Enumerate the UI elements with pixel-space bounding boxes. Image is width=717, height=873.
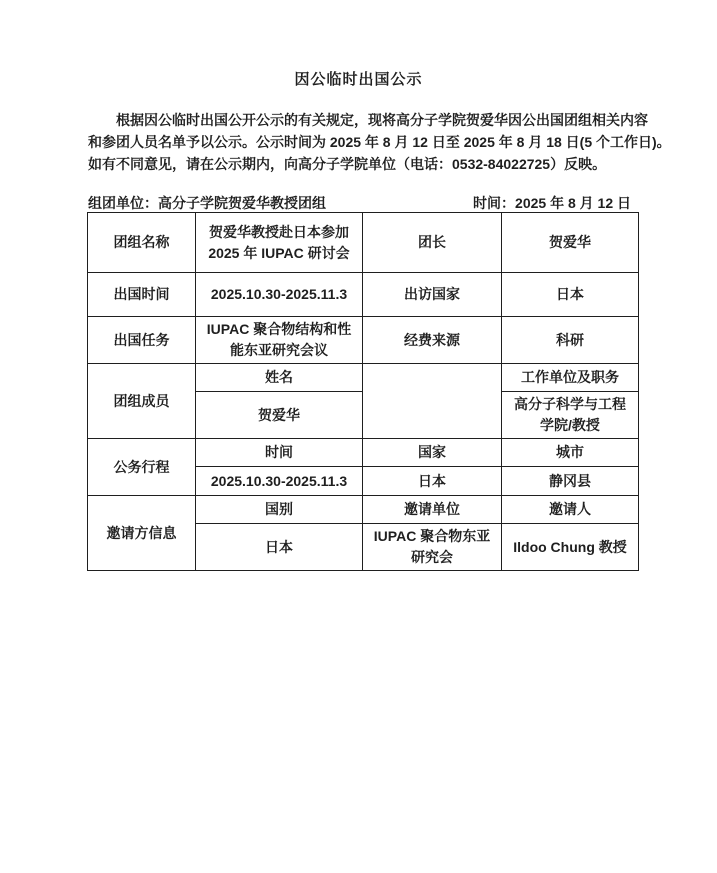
cell-itinerary-city-header: 城市: [502, 439, 639, 467]
notice-date-label: 时间：2025 年 8 月 12 日: [473, 193, 637, 213]
table-row: 公务行程 时间 国家 城市: [88, 439, 639, 467]
cell-members-work-header: 工作单位及职务: [502, 364, 639, 392]
cell-leader-value: 贺爱华: [502, 213, 639, 273]
cell-inviter-country-header: 国别: [196, 496, 363, 524]
cell-inviter-country-value: 日本: [196, 524, 363, 571]
cell-inviter-label: 邀请方信息: [88, 496, 196, 571]
cell-itinerary-city-value: 静冈县: [502, 467, 639, 496]
paragraph-line-3: 如有不同意见，请在公示期内，向高分子学院单位（电话：0532-84022725）…: [88, 153, 639, 175]
cell-itinerary-time-header: 时间: [196, 439, 363, 467]
table-meta-row: 组团单位：高分子学院贺爱华教授团组 时间：2025 年 8 月 12 日: [88, 193, 637, 213]
cell-itinerary-label: 公务行程: [88, 439, 196, 496]
cell-group-name-label: 团组名称: [88, 213, 196, 273]
table-row: 邀请方信息 国别 邀请单位 邀请人: [88, 496, 639, 524]
page-title: 因公临时出国公示: [0, 68, 717, 89]
cell-funding-source-label: 经费来源: [363, 317, 502, 364]
cell-inviter-person-value: Ildoo Chung 教授: [502, 524, 639, 571]
table-row: 团组成员 姓名 工作单位及职务: [88, 364, 639, 392]
table-row: 出国任务 IUPAC 聚合物结构和性能东亚研究会议 经费来源 科研: [88, 317, 639, 364]
cell-funding-source-value: 科研: [502, 317, 639, 364]
cell-members-empty: [363, 364, 502, 439]
notice-paragraph: 根据因公临时出国公开公示的有关规定，现将高分子学院贺爱华因公出国团组相关内容 和…: [88, 109, 639, 175]
cell-members-name-header: 姓名: [196, 364, 363, 392]
cell-inviter-org-header: 邀请单位: [363, 496, 502, 524]
cell-itinerary-time-value: 2025.10.30-2025.11.3: [196, 467, 363, 496]
cell-leader-label: 团长: [363, 213, 502, 273]
cell-itinerary-country-value: 日本: [363, 467, 502, 496]
cell-members-work-value: 高分子科学与工程学院/教授: [502, 392, 639, 439]
cell-destination-country-label: 出访国家: [363, 273, 502, 317]
table-row: 团组名称 贺爱华教授赴日本参加 2025 年 IUPAC 研讨会 团长 贺爱华: [88, 213, 639, 273]
cell-destination-country-value: 日本: [502, 273, 639, 317]
cell-members-name-value: 贺爱华: [196, 392, 363, 439]
cell-members-label: 团组成员: [88, 364, 196, 439]
cell-task-label: 出国任务: [88, 317, 196, 364]
paragraph-line-2: 和参团人员名单予以公示。公示时间为 2025 年 8 月 12 日至 2025 …: [88, 131, 639, 153]
organizing-unit-label: 组团单位：高分子学院贺爱华教授团组: [88, 193, 326, 213]
delegation-info-table: 团组名称 贺爱华教授赴日本参加 2025 年 IUPAC 研讨会 团长 贺爱华 …: [87, 212, 639, 571]
cell-itinerary-country-header: 国家: [363, 439, 502, 467]
table-row: 出国时间 2025.10.30-2025.11.3 出访国家 日本: [88, 273, 639, 317]
cell-travel-time-label: 出国时间: [88, 273, 196, 317]
cell-inviter-org-value: IUPAC 聚合物东亚研究会: [363, 524, 502, 571]
document-page: 因公临时出国公示 根据因公临时出国公开公示的有关规定，现将高分子学院贺爱华因公出…: [0, 0, 717, 873]
cell-group-name-value: 贺爱华教授赴日本参加 2025 年 IUPAC 研讨会: [196, 213, 363, 273]
cell-task-value: IUPAC 聚合物结构和性能东亚研究会议: [196, 317, 363, 364]
cell-travel-time-value: 2025.10.30-2025.11.3: [196, 273, 363, 317]
cell-inviter-person-header: 邀请人: [502, 496, 639, 524]
paragraph-line-1: 根据因公临时出国公开公示的有关规定，现将高分子学院贺爱华因公出国团组相关内容: [88, 109, 639, 131]
